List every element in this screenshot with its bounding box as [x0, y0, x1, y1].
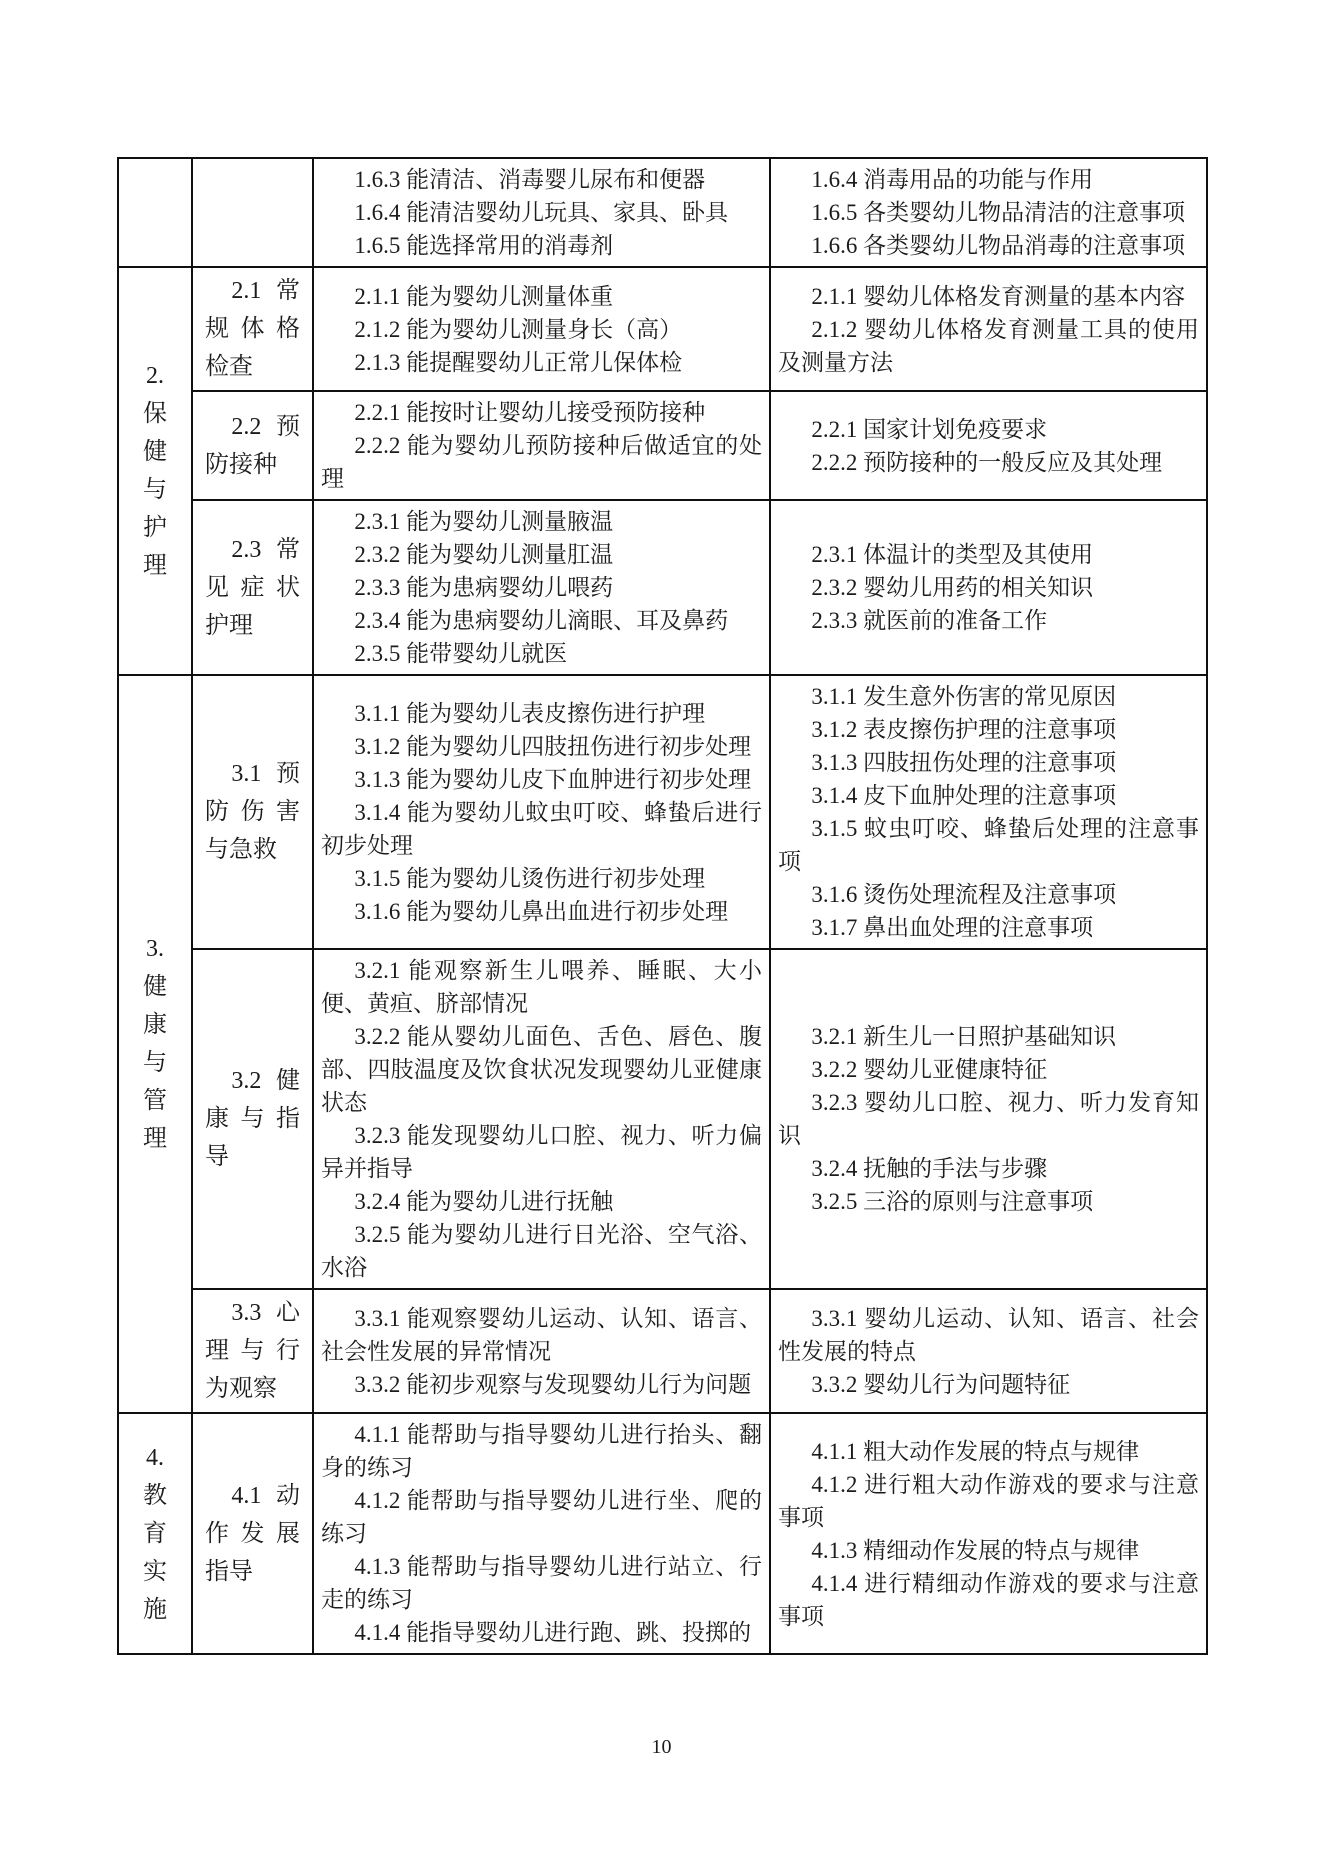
skill-item: 3.2.4 能为婴幼儿进行抚触 [316, 1185, 767, 1218]
knowledge-item: 3.1.5 蚊虫叮咬、蜂蛰后处理的注意事项 [773, 812, 1204, 878]
knowledge-cell: 3.1.1 发生意外伤害的常见原因3.1.2 表皮擦伤护理的注意事项3.1.3 … [770, 675, 1207, 949]
knowledge-item: 3.1.2 表皮擦伤护理的注意事项 [773, 713, 1204, 746]
skill-item: 3.2.5 能为婴幼儿进行日光浴、空气浴、水浴 [316, 1218, 767, 1284]
table-row: 2. 保 健 与 护 理2.1 常规体格检查2.1.1 能为婴幼儿测量体重2.1… [118, 267, 1207, 391]
knowledge-item: 3.2.2 婴幼儿亚健康特征 [773, 1053, 1204, 1086]
knowledge-item: 1.6.6 各类婴幼儿物品消毒的注意事项 [773, 229, 1204, 262]
knowledge-item: 3.2.5 三浴的原则与注意事项 [773, 1185, 1204, 1218]
page-number: 10 [0, 1736, 1323, 1759]
knowledge-item: 3.2.1 新生儿一日照护基础知识 [773, 1020, 1204, 1053]
skill-item: 2.3.2 能为婴幼儿测量肛温 [316, 538, 767, 571]
subcategory-cell: 3.3 心理与行为观察 [192, 1289, 313, 1413]
knowledge-item: 4.1.3 精细动作发展的特点与规律 [773, 1534, 1204, 1567]
skill-item: 4.1.3 能帮助与指导婴幼儿进行站立、行走的练习 [316, 1550, 767, 1616]
subcategory-cell [192, 158, 313, 267]
knowledge-item: 3.2.3 婴幼儿口腔、视力、听力发育知识 [773, 1086, 1204, 1152]
knowledge-item: 3.1.1 发生意外伤害的常见原因 [773, 680, 1204, 713]
knowledge-item: 2.3.2 婴幼儿用药的相关知识 [773, 571, 1204, 604]
skills-cell: 4.1.1 能帮助与指导婴幼儿进行抬头、翻身的练习4.1.2 能帮助与指导婴幼儿… [313, 1413, 770, 1654]
knowledge-item: 3.2.4 抚触的手法与步骤 [773, 1152, 1204, 1185]
subcategory-cell: 2.3 常见症状护理 [192, 500, 313, 675]
skill-item: 3.3.2 能初步观察与发现婴幼儿行为问题 [316, 1368, 767, 1401]
skill-item: 4.1.4 能指导婴幼儿进行跑、跳、投掷的 [316, 1616, 767, 1649]
skill-item: 4.1.1 能帮助与指导婴幼儿进行抬头、翻身的练习 [316, 1418, 767, 1484]
category-cell: 2. 保 健 与 护 理 [118, 267, 192, 675]
knowledge-item: 3.3.1 婴幼儿运动、认知、语言、社会性发展的特点 [773, 1302, 1204, 1368]
knowledge-item: 4.1.4 进行精细动作游戏的要求与注意事项 [773, 1567, 1204, 1633]
skill-item: 3.3.1 能观察婴幼儿运动、认知、语言、社会性发展的异常情况 [316, 1302, 767, 1368]
skills-cell: 1.6.3 能清洁、消毒婴儿尿布和便器1.6.4 能清洁婴幼儿玩具、家具、卧具1… [313, 158, 770, 267]
skill-item: 2.1.1 能为婴幼儿测量体重 [316, 280, 767, 313]
skill-item: 2.3.4 能为患病婴幼儿滴眼、耳及鼻药 [316, 604, 767, 637]
knowledge-item: 2.1.2 婴幼儿体格发育测量工具的使用及测量方法 [773, 313, 1204, 379]
skill-item: 1.6.4 能清洁婴幼儿玩具、家具、卧具 [316, 196, 767, 229]
knowledge-item: 3.1.4 皮下血肿处理的注意事项 [773, 779, 1204, 812]
knowledge-cell: 1.6.4 消毒用品的功能与作用1.6.5 各类婴幼儿物品清洁的注意事项1.6.… [770, 158, 1207, 267]
skills-cell: 3.2.1 能观察新生儿喂养、睡眠、大小便、黄疸、脐部情况3.2.2 能从婴幼儿… [313, 949, 770, 1289]
skill-item: 1.6.5 能选择常用的消毒剂 [316, 229, 767, 262]
category-cell [118, 158, 192, 267]
table-row: 3. 健 康 与 管 理3.1 预防伤害与急救3.1.1 能为婴幼儿表皮擦伤进行… [118, 675, 1207, 949]
subcategory-cell: 3.2 健康与指导 [192, 949, 313, 1289]
skill-item: 3.2.1 能观察新生儿喂养、睡眠、大小便、黄疸、脐部情况 [316, 954, 767, 1020]
skill-item: 3.1.1 能为婴幼儿表皮擦伤进行护理 [316, 697, 767, 730]
knowledge-item: 4.1.1 粗大动作发展的特点与规律 [773, 1435, 1204, 1468]
knowledge-item: 3.1.7 鼻出血处理的注意事项 [773, 911, 1204, 944]
skill-item: 3.1.2 能为婴幼儿四肢扭伤进行初步处理 [316, 730, 767, 763]
skills-cell: 2.2.1 能按时让婴幼儿接受预防接种2.2.2 能为婴幼儿预防接种后做适宜的处… [313, 391, 770, 500]
knowledge-item: 1.6.5 各类婴幼儿物品清洁的注意事项 [773, 196, 1204, 229]
knowledge-item: 2.3.1 体温计的类型及其使用 [773, 538, 1204, 571]
table-row: 3.3 心理与行为观察3.3.1 能观察婴幼儿运动、认知、语言、社会性发展的异常… [118, 1289, 1207, 1413]
table-row: 3.2 健康与指导3.2.1 能观察新生儿喂养、睡眠、大小便、黄疸、脐部情况3.… [118, 949, 1207, 1289]
knowledge-item: 4.1.2 进行粗大动作游戏的要求与注意事项 [773, 1468, 1204, 1534]
knowledge-cell: 2.3.1 体温计的类型及其使用2.3.2 婴幼儿用药的相关知识2.3.3 就医… [770, 500, 1207, 675]
skills-cell: 3.1.1 能为婴幼儿表皮擦伤进行护理3.1.2 能为婴幼儿四肢扭伤进行初步处理… [313, 675, 770, 949]
skill-item: 2.3.5 能带婴幼儿就医 [316, 637, 767, 670]
knowledge-item: 3.1.6 烫伤处理流程及注意事项 [773, 878, 1204, 911]
knowledge-item: 3.3.2 婴幼儿行为问题特征 [773, 1368, 1204, 1401]
knowledge-cell: 2.2.1 国家计划免疫要求2.2.2 预防接种的一般反应及其处理 [770, 391, 1207, 500]
subcategory-cell: 3.1 预防伤害与急救 [192, 675, 313, 949]
category-cell: 3. 健 康 与 管 理 [118, 675, 192, 1413]
subcategory-cell: 2.1 常规体格检查 [192, 267, 313, 391]
table-row: 1.6.3 能清洁、消毒婴儿尿布和便器1.6.4 能清洁婴幼儿玩具、家具、卧具1… [118, 158, 1207, 267]
skill-item: 3.1.4 能为婴幼儿蚊虫叮咬、蜂蛰后进行初步处理 [316, 796, 767, 862]
skill-item: 2.3.3 能为患病婴幼儿喂药 [316, 571, 767, 604]
subcategory-cell: 4.1 动作发展指导 [192, 1413, 313, 1654]
skill-item: 3.2.2 能从婴幼儿面色、舌色、唇色、腹部、四肢温度及饮食状况发现婴幼儿亚健康… [316, 1020, 767, 1119]
occupational-standard-table: 1.6.3 能清洁、消毒婴儿尿布和便器1.6.4 能清洁婴幼儿玩具、家具、卧具1… [117, 157, 1208, 1655]
knowledge-item: 2.3.3 就医前的准备工作 [773, 604, 1204, 637]
category-cell: 4. 教 育 实 施 [118, 1413, 192, 1654]
skills-cell: 2.3.1 能为婴幼儿测量腋温2.3.2 能为婴幼儿测量肛温2.3.3 能为患病… [313, 500, 770, 675]
table-row: 2.2 预防接种2.2.1 能按时让婴幼儿接受预防接种2.2.2 能为婴幼儿预防… [118, 391, 1207, 500]
document-page: 1.6.3 能清洁、消毒婴儿尿布和便器1.6.4 能清洁婴幼儿玩具、家具、卧具1… [0, 0, 1323, 1871]
skill-item: 2.2.1 能按时让婴幼儿接受预防接种 [316, 396, 767, 429]
skill-item: 3.1.6 能为婴幼儿鼻出血进行初步处理 [316, 895, 767, 928]
skill-item: 3.2.3 能发现婴幼儿口腔、视力、听力偏异并指导 [316, 1119, 767, 1185]
skill-item: 3.1.3 能为婴幼儿皮下血肿进行初步处理 [316, 763, 767, 796]
knowledge-item: 2.2.2 预防接种的一般反应及其处理 [773, 446, 1204, 479]
skill-item: 4.1.2 能帮助与指导婴幼儿进行坐、爬的练习 [316, 1484, 767, 1550]
skill-item: 1.6.3 能清洁、消毒婴儿尿布和便器 [316, 163, 767, 196]
skill-item: 3.1.5 能为婴幼儿烫伤进行初步处理 [316, 862, 767, 895]
knowledge-cell: 4.1.1 粗大动作发展的特点与规律4.1.2 进行粗大动作游戏的要求与注意事项… [770, 1413, 1207, 1654]
table-row: 4. 教 育 实 施4.1 动作发展指导4.1.1 能帮助与指导婴幼儿进行抬头、… [118, 1413, 1207, 1654]
skill-item: 2.1.2 能为婴幼儿测量身长（高） [316, 313, 767, 346]
knowledge-item: 3.1.3 四肢扭伤处理的注意事项 [773, 746, 1204, 779]
knowledge-item: 2.2.1 国家计划免疫要求 [773, 413, 1204, 446]
table-row: 2.3 常见症状护理2.3.1 能为婴幼儿测量腋温2.3.2 能为婴幼儿测量肛温… [118, 500, 1207, 675]
knowledge-item: 1.6.4 消毒用品的功能与作用 [773, 163, 1204, 196]
subcategory-cell: 2.2 预防接种 [192, 391, 313, 500]
skills-cell: 2.1.1 能为婴幼儿测量体重2.1.2 能为婴幼儿测量身长（高）2.1.3 能… [313, 267, 770, 391]
skills-cell: 3.3.1 能观察婴幼儿运动、认知、语言、社会性发展的异常情况3.3.2 能初步… [313, 1289, 770, 1413]
knowledge-cell: 3.3.1 婴幼儿运动、认知、语言、社会性发展的特点3.3.2 婴幼儿行为问题特… [770, 1289, 1207, 1413]
skill-item: 2.3.1 能为婴幼儿测量腋温 [316, 505, 767, 538]
skill-item: 2.1.3 能提醒婴幼儿正常儿保体检 [316, 346, 767, 379]
knowledge-cell: 2.1.1 婴幼儿体格发育测量的基本内容2.1.2 婴幼儿体格发育测量工具的使用… [770, 267, 1207, 391]
skill-item: 2.2.2 能为婴幼儿预防接种后做适宜的处理 [316, 429, 767, 495]
knowledge-item: 2.1.1 婴幼儿体格发育测量的基本内容 [773, 280, 1204, 313]
knowledge-cell: 3.2.1 新生儿一日照护基础知识3.2.2 婴幼儿亚健康特征3.2.3 婴幼儿… [770, 949, 1207, 1289]
